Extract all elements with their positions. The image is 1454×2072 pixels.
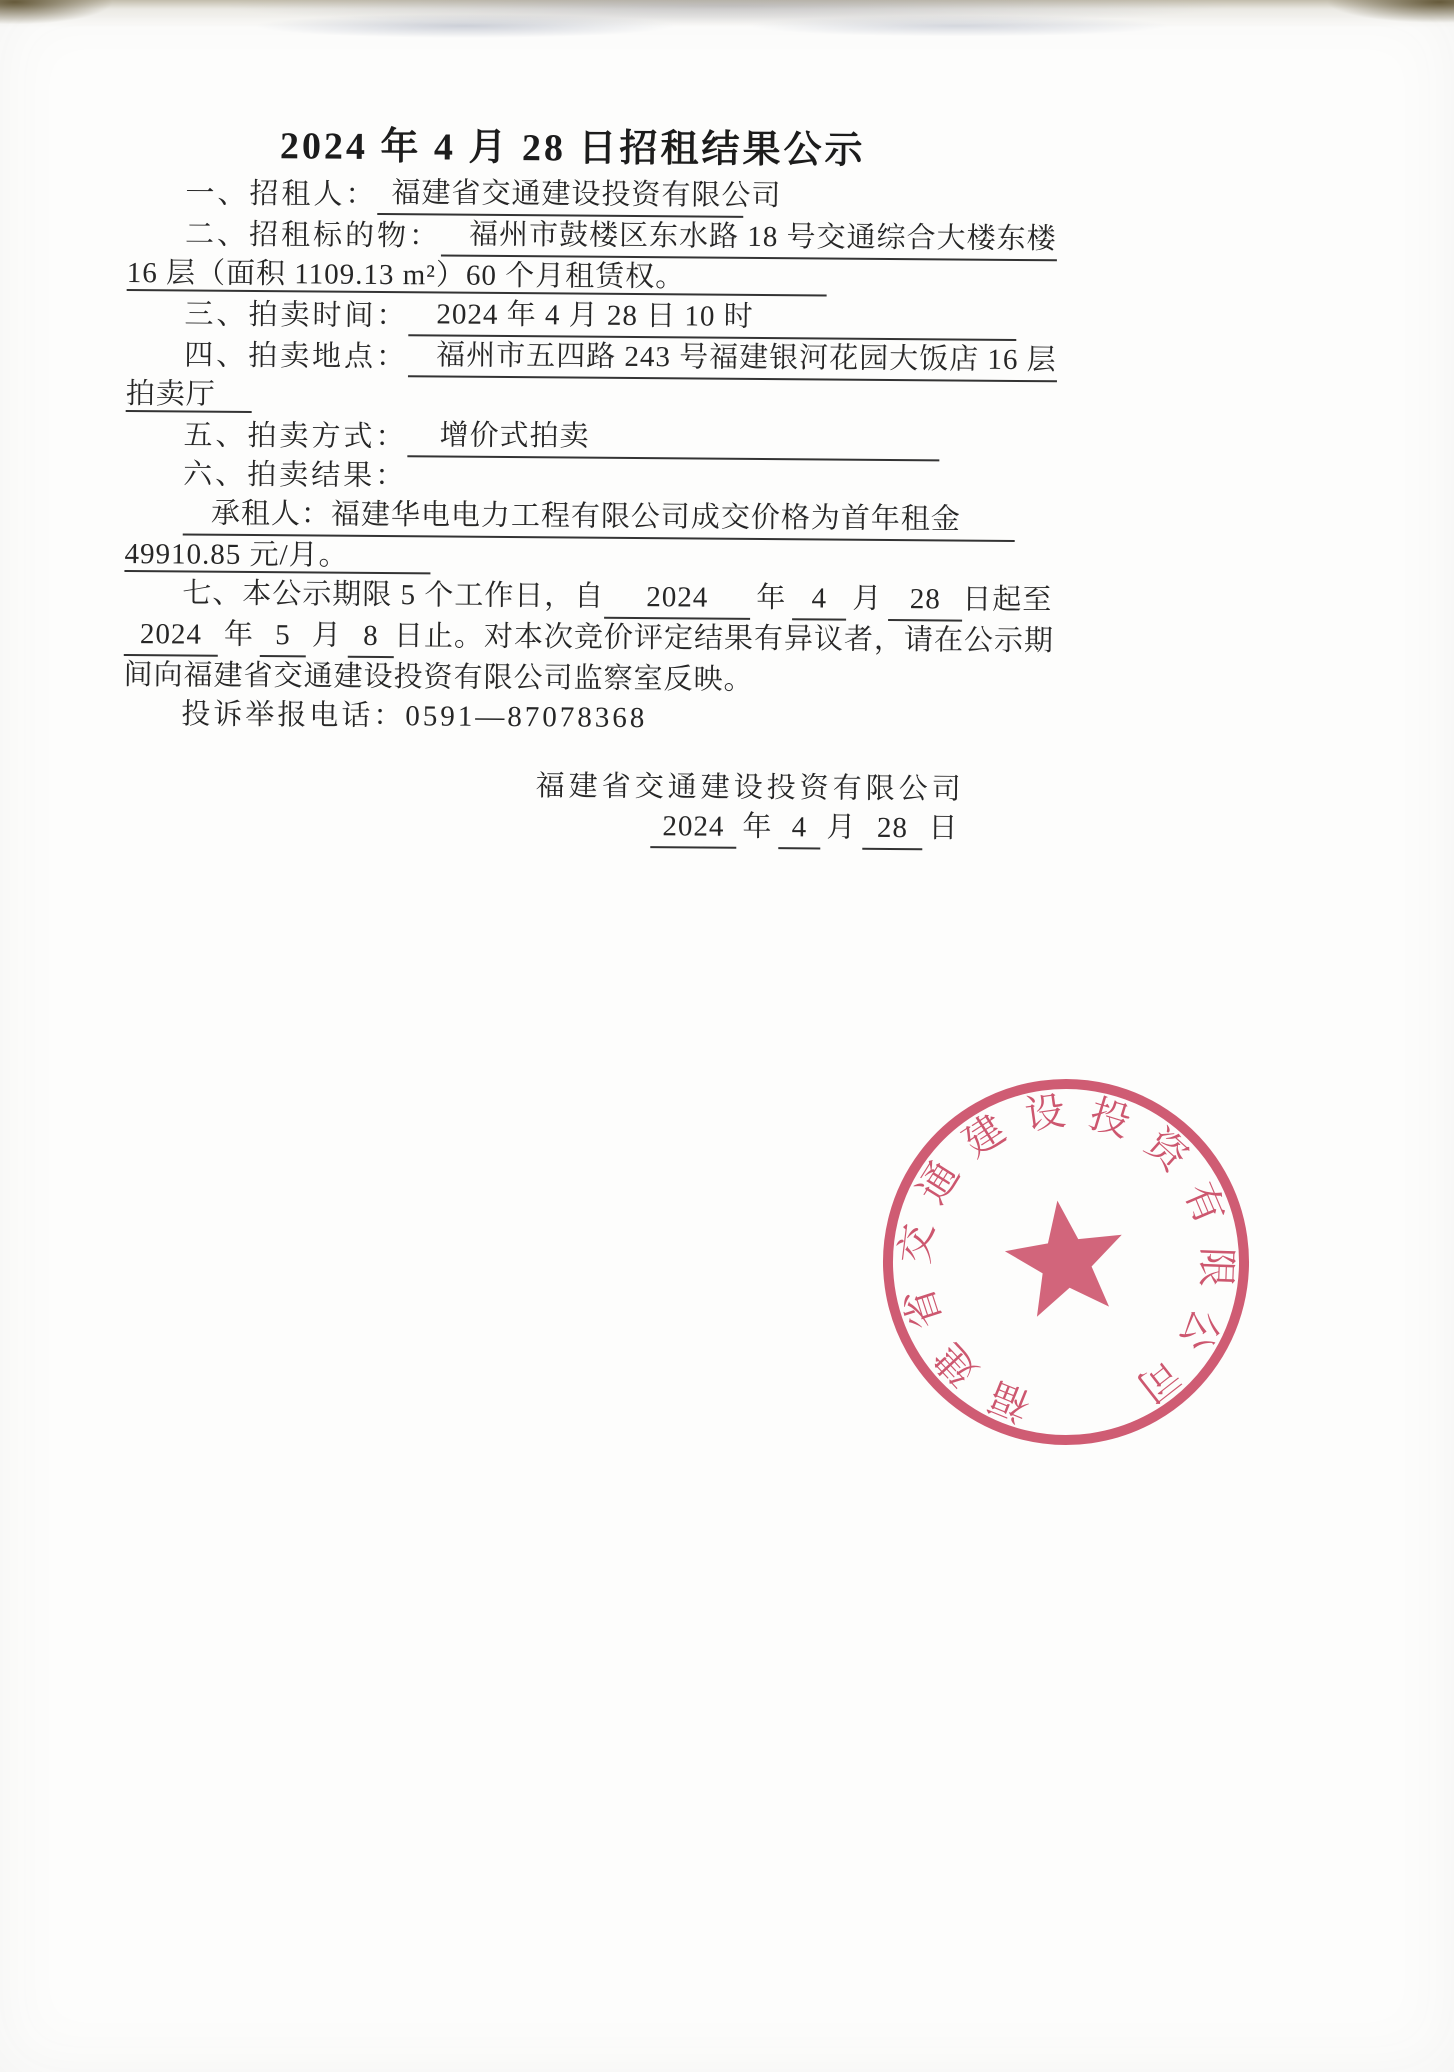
auction-time-value: 2024 年 4 月 28 日 10 时 [408, 295, 1016, 341]
signature-day: 28 [862, 809, 922, 850]
scan-artifact-top [0, 0, 1454, 46]
seal-char: 有 [1176, 1176, 1233, 1230]
notice-from-day: 28 [888, 580, 962, 622]
notice-tail-text: 日止。对本次竞价评定结果有异议者，请在公示期 [394, 620, 1054, 657]
result-tenant-text: 承租人：福建华电电力工程有限公司成交价格为首年租金 [183, 494, 1015, 542]
seal-char: 司 [1129, 1350, 1188, 1410]
notice-line-2: 2024年5月8日止。对本次竞价评定结果有异议者，请在公示期 [124, 615, 1014, 663]
seal-graphic: 福建省交通建设投资有限公司 [847, 1043, 1285, 1481]
signature-company: 福建省交通建设投资有限公司 [123, 764, 965, 810]
auction-time-label: 三、拍卖时间： [184, 295, 408, 336]
company-seal-stamp: 福建省交通建设投资有限公司 [847, 1043, 1285, 1481]
signature-date: 2024年4月28日 [122, 803, 964, 851]
subject-value-line1: 福州市鼓楼区东水路 18 号交通综合大楼东楼 [441, 215, 1057, 261]
notice-month-char-1: 月 [846, 583, 888, 615]
notice-line-1: 七、本公示期限 5 个工作日，自2024年4月28日起至 [124, 574, 1014, 622]
seal-char: 资 [1137, 1120, 1198, 1181]
signature-year: 2024 [650, 807, 736, 849]
complaint-phone-text: 投诉举报电话：0591—87078368 [181, 698, 647, 734]
auction-place-line-1: 四、拍卖地点：福州市五四路 243 号福建银河花园大饭店 16 层 [126, 334, 1016, 382]
seal-char: 福 [983, 1373, 1037, 1430]
auction-time-line: 三、拍卖时间：2024 年 4 月 28 日 10 时 [126, 293, 1016, 341]
notice-month-char-2: 月 [306, 619, 348, 651]
seal-char: 省 [895, 1282, 950, 1334]
auction-method-line: 五、拍卖方式：增价式拍卖 [125, 414, 1015, 462]
result-line-1: 承租人：福建华电电力工程有限公司成交价格为首年租金 [125, 494, 1015, 542]
lessor-label: 一、招租人： [185, 174, 377, 215]
seal-star-icon [999, 1192, 1131, 1320]
auction-place-label: 四、拍卖地点： [184, 336, 408, 377]
notice-prefix: 七、本公示期限 5 个工作日，自 [182, 577, 604, 612]
subject-line-2: 16 层（面积 1109.13 m²）60 个月租赁权。 [127, 254, 1017, 300]
auction-method-value: 增价式拍卖 [407, 416, 939, 461]
auction-place-value-line2: 拍卖厅 [126, 378, 252, 413]
notice-to-month: 5 [260, 616, 306, 657]
seal-ring [865, 1061, 1267, 1463]
signature-day-char: 日 [922, 812, 964, 844]
auction-method-label: 五、拍卖方式： [183, 416, 407, 457]
notice-to-day: 8 [348, 617, 394, 658]
notice-to-year: 2024 [124, 615, 218, 657]
signature-month-char: 月 [820, 811, 862, 843]
notice-from-month: 4 [792, 579, 846, 620]
seal-char: 建 [955, 1106, 1013, 1166]
seal-char: 投 [1084, 1091, 1135, 1146]
subject-line-1: 二、招租标的物：福州市鼓楼区东水路 18 号交通综合大楼东楼 [127, 213, 1017, 261]
notice-line3-text: 间向福建省交通建设投资有限公司监察室反映。 [123, 659, 753, 696]
complaint-phone-line: 投诉举报电话：0591—87078368 [123, 695, 1013, 741]
auction-place-value-line1: 福州市五四路 243 号福建银河花园大饭店 16 层 [408, 336, 1057, 382]
seal-char: 公 [1171, 1302, 1229, 1358]
signature-block: 福建省交通建设投资有限公司 2024年4月28日 [122, 764, 1013, 851]
result-price-text: 49910.85 元/月。 [124, 538, 430, 574]
auction-result-label: 六、拍卖结果： [183, 458, 407, 492]
seal-char: 交 [892, 1221, 942, 1266]
lessor-line: 一、招租人：福建省交通建设投资有限公司 [127, 172, 1017, 220]
seal-char: 限 [1193, 1246, 1239, 1288]
lessor-value: 福建省交通建设投资有限公司 [377, 174, 743, 218]
notice-from-year: 2024 [604, 578, 750, 620]
seal-char: 设 [1022, 1088, 1068, 1138]
signature-year-char: 年 [736, 811, 778, 843]
notice-year-char-1: 年 [750, 582, 792, 614]
seal-char: 建 [926, 1335, 986, 1395]
notice-year-char-2: 年 [218, 619, 260, 651]
document-content: 2024 年 4 月 28 日招租结果公示 一、招租人：福建省交通建设投资有限公… [122, 118, 1018, 851]
signature-month: 4 [778, 808, 820, 849]
page-title: 2024 年 4 月 28 日招租结果公示 [128, 118, 1018, 179]
subject-value-line2: 16 层（面积 1109.13 m²）60 个月租赁权。 [127, 257, 828, 297]
subject-label: 二、招租标的物： [185, 215, 441, 256]
document-page: 2024 年 4 月 28 日招租结果公示 一、招租人：福建省交通建设投资有限公… [0, 0, 1454, 2072]
notice-mid-text: 日起至 [962, 584, 1052, 617]
seal-char: 通 [909, 1153, 968, 1211]
